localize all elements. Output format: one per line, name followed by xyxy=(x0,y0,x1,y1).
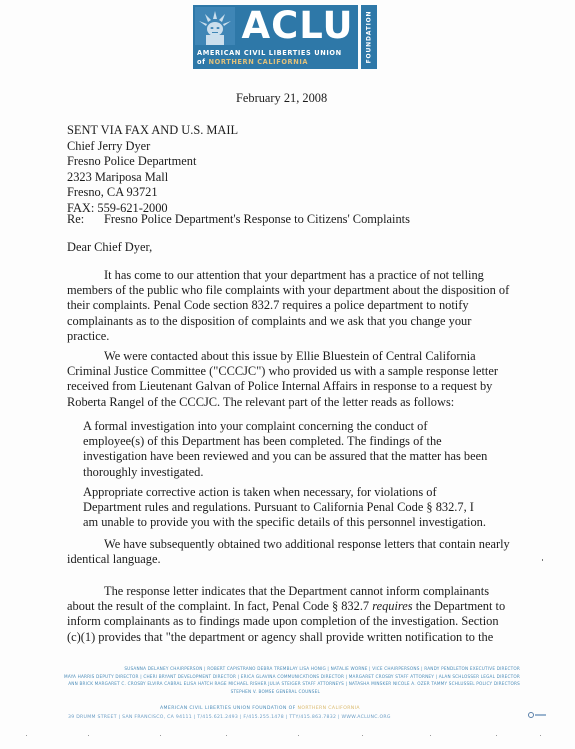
line-text: about the result of the complaint. In fa… xyxy=(67,599,372,613)
quote-line: A formal investigation into your complai… xyxy=(83,419,523,434)
logo-foundation-label: FOUNDATION xyxy=(366,11,373,64)
letter-date: February 21, 2008 xyxy=(236,91,327,106)
recipient-organization: Fresno Police Department xyxy=(67,154,238,170)
paragraph-line: received from Lieutenant Galvan of Polic… xyxy=(67,379,537,394)
aclu-logo: ACLU AMERICAN CIVIL LIBERTIES UNION of N… xyxy=(193,5,383,69)
paragraph-line: their complaints. Penal Code section 832… xyxy=(67,298,537,313)
quote-line: am unable to provide you with the specif… xyxy=(83,515,523,530)
letter-page: ACLU AMERICAN CIVIL LIBERTIES UNION of N… xyxy=(0,0,575,749)
body-paragraph-3: We have subsequently obtained two additi… xyxy=(67,537,537,567)
recipient-name: Chief Jerry Dyer xyxy=(67,139,238,155)
recycled-paper-icon xyxy=(528,711,548,719)
salutation: Dear Chief Dyer, xyxy=(67,240,152,255)
footer-org-name: AMERICAN CIVIL LIBERTIES UNION FOUNDATIO… xyxy=(160,706,360,711)
footer-org-region: NORTHERN CALIFORNIA xyxy=(298,706,360,711)
paragraph-line: (c)(1) provides that "the department or … xyxy=(67,630,537,645)
paragraph-line: Roberta Rangel of the CCCJC. The relevan… xyxy=(67,395,537,410)
statue-of-liberty-icon xyxy=(195,7,235,45)
paragraph-line: The response letter indicates that the D… xyxy=(67,584,537,599)
footer-org-prefix: AMERICAN CIVIL LIBERTIES UNION FOUNDATIO… xyxy=(160,706,296,711)
paragraph-line: complainants as to the disposition of co… xyxy=(67,314,537,329)
emphasis-text: requires xyxy=(372,599,412,613)
delivery-method: SENT VIA FAX AND U.S. MAIL xyxy=(67,123,238,139)
subject-line: Fresno Police Department's Response to C… xyxy=(104,212,410,227)
recipient-street: 2323 Mariposa Mall xyxy=(67,170,238,186)
paragraph-line: identical language. xyxy=(67,552,537,567)
logo-acronym: ACLU xyxy=(239,7,356,45)
logo-org-name: AMERICAN CIVIL LIBERTIES UNION xyxy=(197,49,342,57)
body-paragraph-2: We were contacted about this issue by El… xyxy=(67,349,537,410)
board-line: MAYA HARRIS DEPUTY DIRECTOR | CHERI BRYA… xyxy=(30,673,550,681)
block-quote-2: Appropriate corrective action is taken w… xyxy=(83,485,523,531)
footer-contact-info: 39 DRUMM STREET | SAN FRANCISCO, CA 9411… xyxy=(68,715,391,720)
quote-line: Department rules and regulations. Pursua… xyxy=(83,500,523,515)
board-line: ANN BRICK MARGARET C. CROSBY ELVIRA CABR… xyxy=(30,680,550,688)
footer-board-list: SUSANNA DELANEY CHAIRPERSON | ROBERT CAP… xyxy=(30,665,550,695)
quote-line: employee(s) of this Department has been … xyxy=(83,434,523,449)
logo-region-name: NORTHERN CALIFORNIA xyxy=(209,58,309,66)
scan-mark xyxy=(542,559,543,561)
logo-main-block: ACLU AMERICAN CIVIL LIBERTIES UNION of N… xyxy=(193,5,358,69)
paragraph-line: practice. xyxy=(67,329,537,344)
quote-line: Appropriate corrective action is taken w… xyxy=(83,485,523,500)
scan-noise xyxy=(0,735,575,741)
block-quote-1: A formal investigation into your complai… xyxy=(83,419,523,480)
quote-line: investigation have been reviewed and you… xyxy=(83,449,523,464)
line-text: the Department to xyxy=(413,599,506,613)
logo-region-prefix: of xyxy=(197,58,206,66)
paragraph-line: Criminal Justice Committee ("CCCJC") who… xyxy=(67,364,537,379)
paragraph-line: We were contacted about this issue by El… xyxy=(67,349,537,364)
subject-label: Re: xyxy=(67,212,84,227)
board-line: STEPHEN V. BOMSE GENERAL COUNSEL xyxy=(30,688,550,696)
paragraph-line: members of the public who file complaint… xyxy=(67,283,537,298)
paragraph-line: We have subsequently obtained two additi… xyxy=(67,537,537,552)
body-paragraph-1: It has come to our attention that your d… xyxy=(67,268,537,344)
paragraph-line: inform complainants as to findings made … xyxy=(67,614,537,629)
body-paragraph-4: The response letter indicates that the D… xyxy=(67,584,537,645)
paragraph-line: It has come to our attention that your d… xyxy=(67,268,537,283)
recipient-address: SENT VIA FAX AND U.S. MAIL Chief Jerry D… xyxy=(67,123,238,217)
recipient-city: Fresno, CA 93721 xyxy=(67,185,238,201)
paragraph-line: about the result of the complaint. In fa… xyxy=(67,599,537,614)
logo-org-region: of NORTHERN CALIFORNIA xyxy=(197,58,308,66)
logo-side-banner: FOUNDATION xyxy=(361,5,377,69)
quote-line: thoroughly investigated. xyxy=(83,465,523,480)
board-line: SUSANNA DELANEY CHAIRPERSON | ROBERT CAP… xyxy=(30,665,550,673)
